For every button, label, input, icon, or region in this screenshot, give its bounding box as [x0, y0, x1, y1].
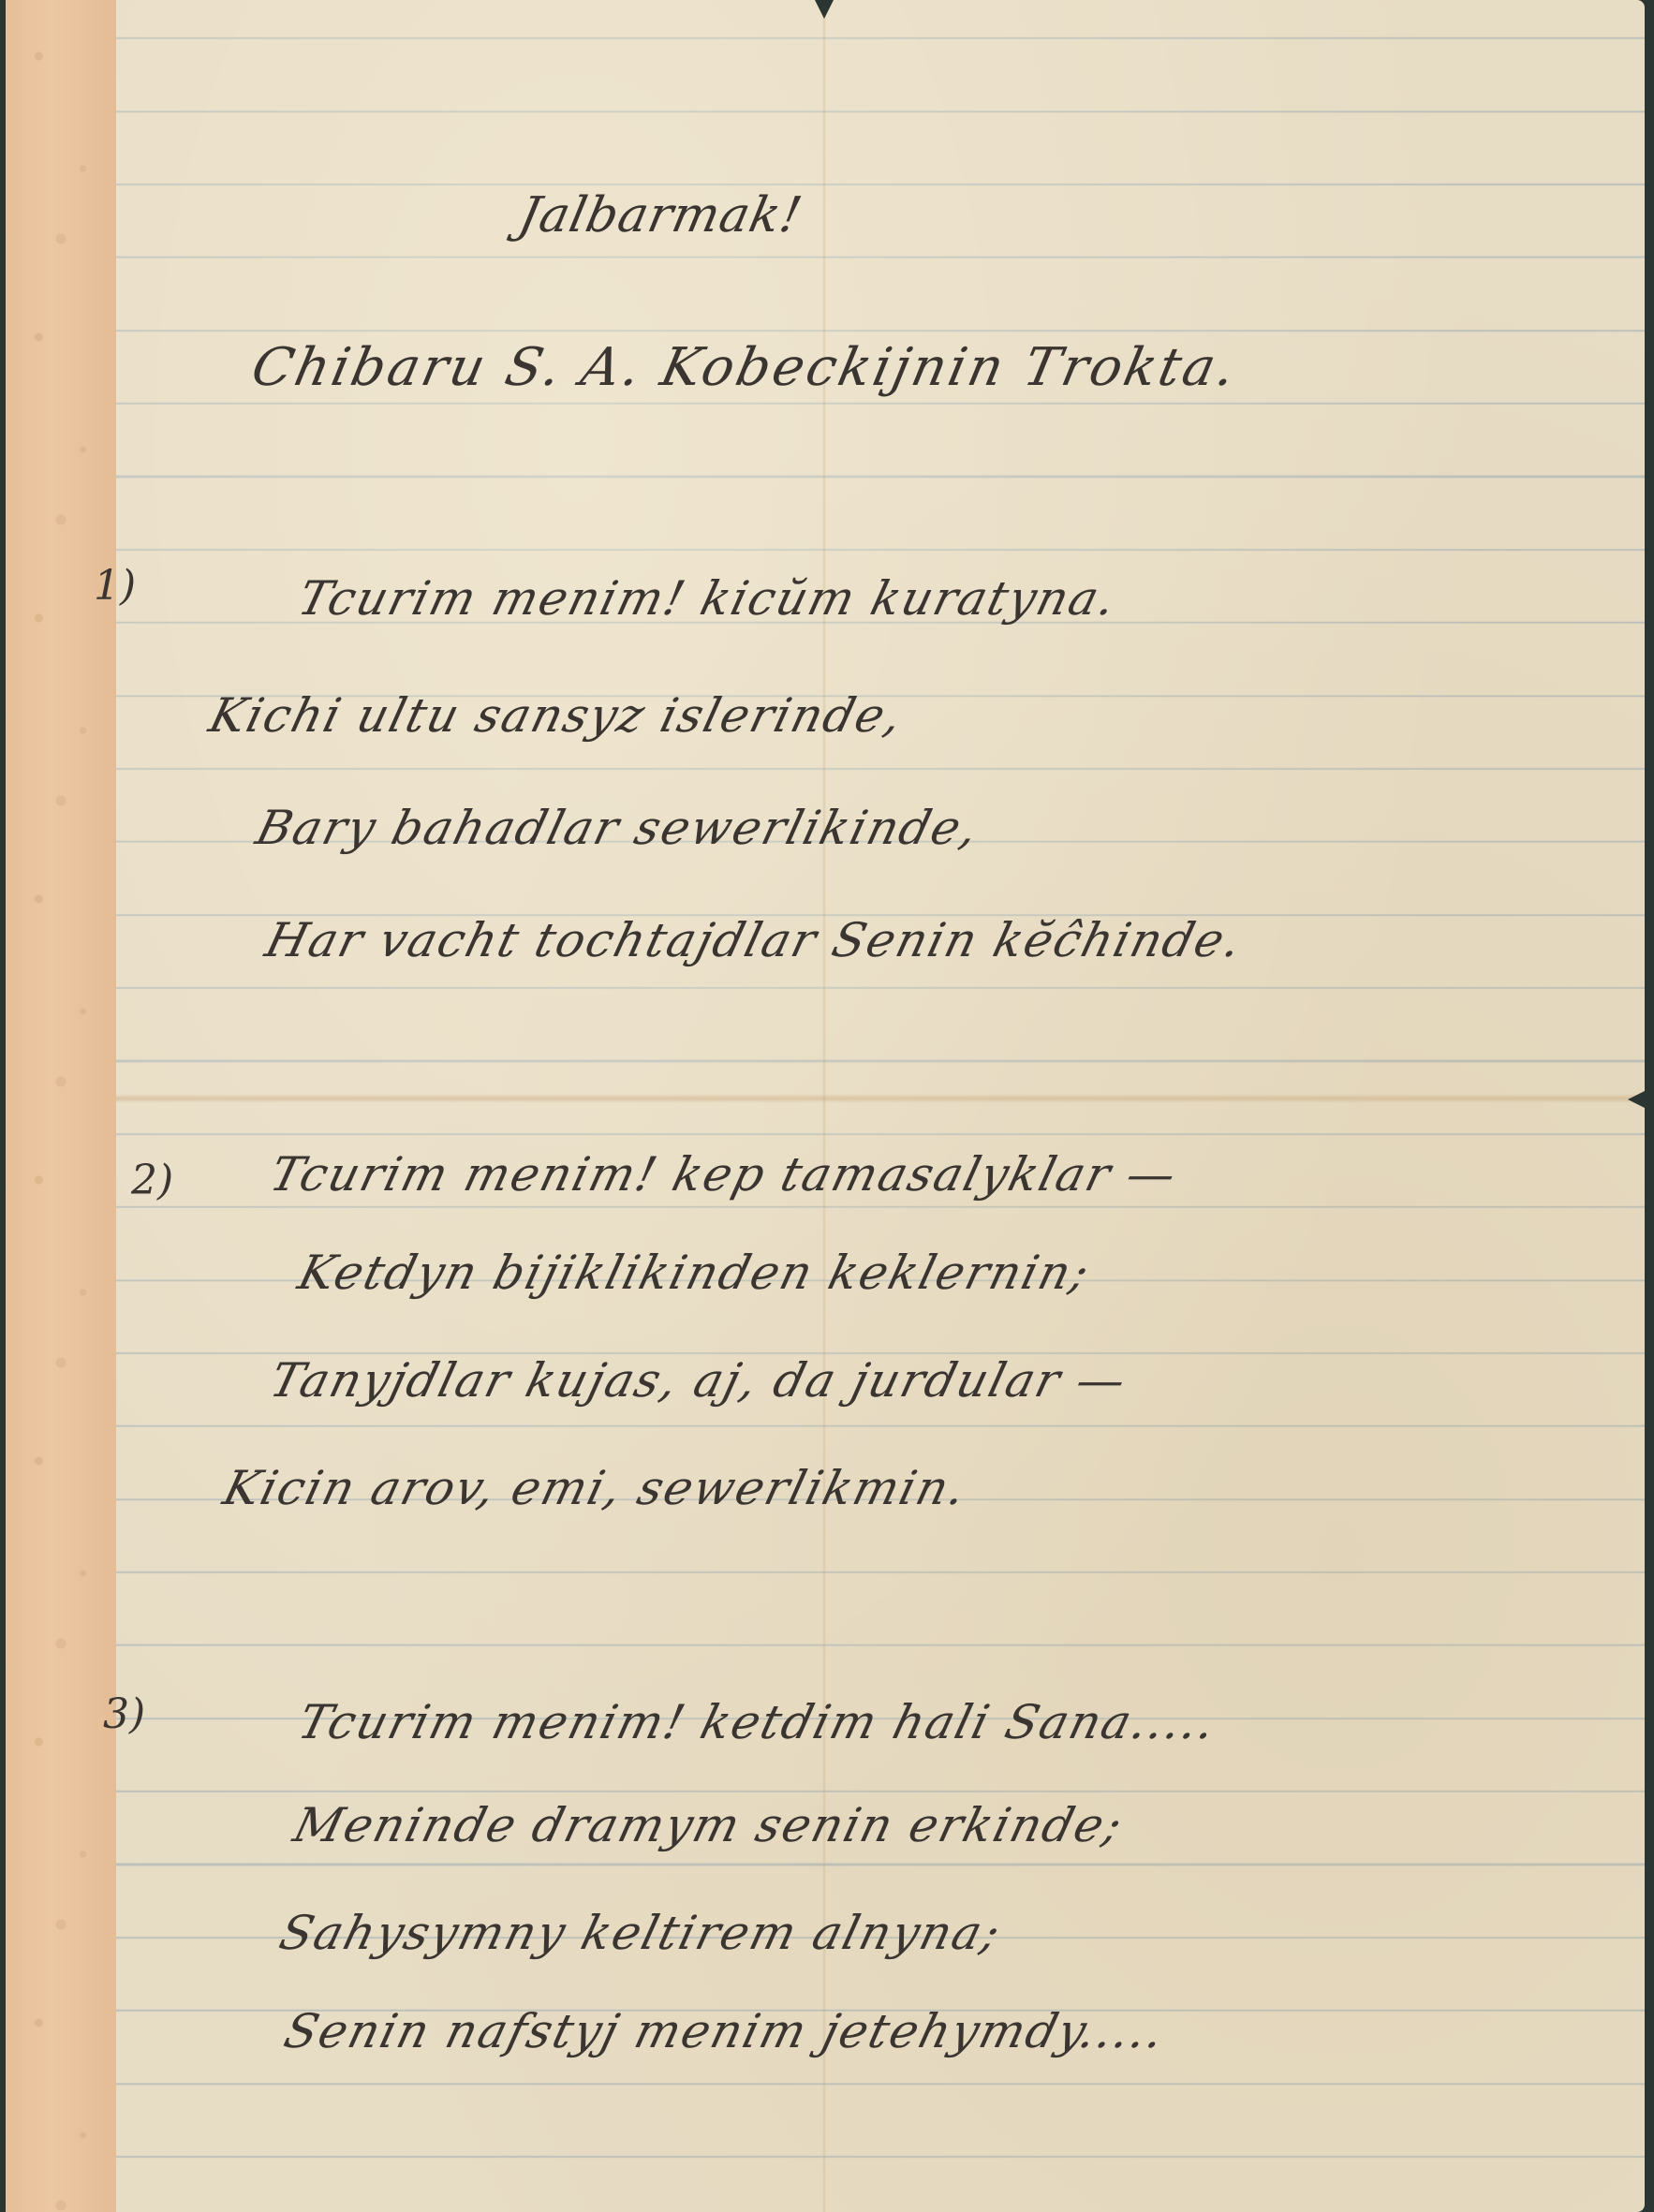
document-scan: Jalbarmak! Chibaru S. A. Kobeckijnin Tro…	[0, 0, 1654, 2212]
verse-2-line-3: Tanyjdlar kujas, aj, da jurdular —	[265, 1353, 1133, 1408]
binding-strip	[6, 0, 118, 2212]
verse-3-line-1: Tcurim menim! ketdim hali Sana.....	[293, 1695, 1223, 1749]
verse-number-1: 1)	[94, 562, 136, 610]
vertical-fold-crease	[822, 0, 826, 2212]
verse-1-line-1: Tcurim menim! kicŭm kuratyna.	[293, 571, 1123, 626]
poem-title: Jalbarmak!	[514, 187, 807, 243]
verse-3-line-4: Senin nafstyj menim jetehymdy.....	[279, 2004, 1172, 2058]
horizontal-fold-crease	[116, 1094, 1645, 1103]
verse-1-line-4: Har vacht tochtajdlar Senin kĕĉhinde.	[260, 913, 1248, 967]
verse-number-3: 3)	[103, 1690, 145, 1738]
verse-2-line-2: Ketdyn bijiklikinden keklernin;	[293, 1246, 1096, 1300]
verse-3-line-3: Sahysymny keltirem alnyna;	[274, 1906, 1008, 1960]
verse-3-line-2: Meninde dramym senin erkinde;	[288, 1798, 1130, 1852]
verse-1-line-3: Bary bahadlar sewerlikinde,	[251, 801, 985, 855]
fold-tear-notch-right	[1628, 1086, 1654, 1113]
fold-tear-notch-top	[815, 0, 834, 19]
ruled-paper-sheet	[116, 0, 1645, 2212]
verse-2-line-1: Tcurim menim! kep tamasalyklar —	[265, 1147, 1183, 1202]
verse-2-line-4: Kicin arov, emi, sewerlikmin.	[218, 1461, 973, 1515]
verse-number-2: 2)	[131, 1157, 173, 1204]
poem-subtitle: Chibaru S. A. Kobeckijnin Trokta.	[246, 337, 1243, 398]
verse-1-line-2: Kichi ultu sansyz islerinde,	[204, 688, 909, 743]
